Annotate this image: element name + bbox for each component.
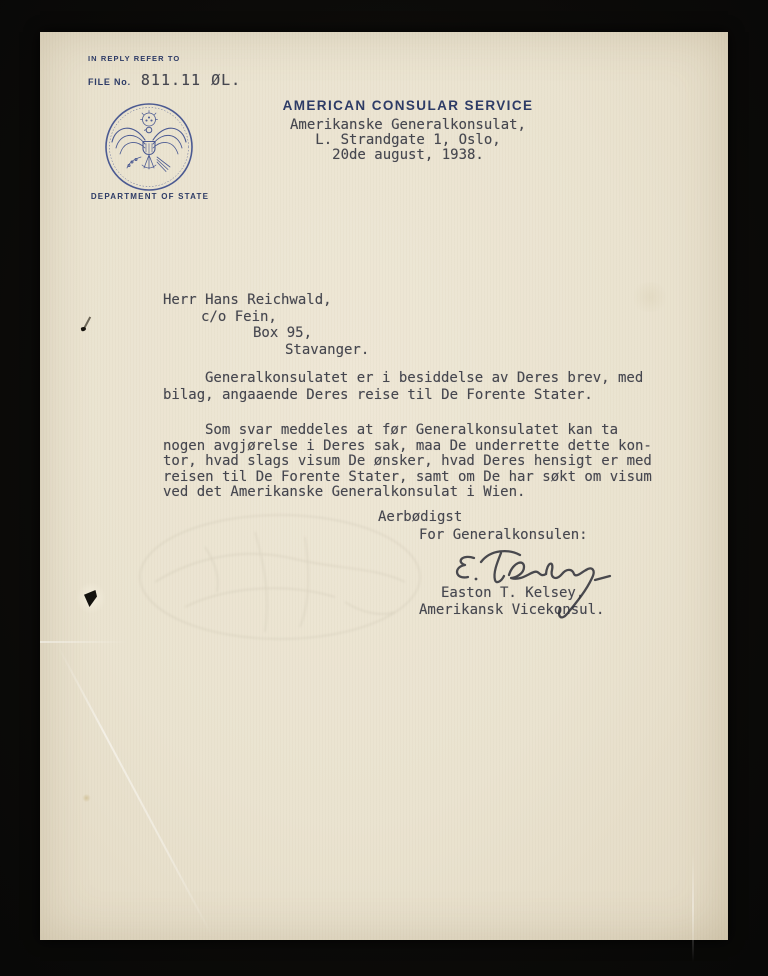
fold-crease-vertical [692,852,694,962]
body-line: bilag, angaaende Deres reise til De Fore… [163,387,683,404]
office-line: Amerikanske Generalkonsulat, [263,118,553,133]
tear-dot [81,326,87,331]
recipient-line: Stavanger. [285,342,369,359]
reference-block: IN REPLY REFER TO FILE No. 811.11 ØL. [88,54,241,89]
fold-crease-diagonal [56,644,214,938]
service-name: AMERICAN CONSULAR SERVICE [263,98,553,113]
embossed-impression-icon [95,487,445,677]
body-line: reisen til De Forente Stater, samt om De… [163,470,683,486]
recipient-line: c/o Fein, [201,309,369,326]
file-number-value: 811.11 ØL. [141,71,241,89]
file-number-row: FILE No. 811.11 ØL. [88,71,241,89]
body-line: nogen avgjørelse i Deres sak, maa De und… [163,439,683,455]
body-line: Generalkonsulatet er i besiddelse av Der… [163,370,683,387]
paper-stain [82,794,91,802]
recipient-line: Box 95, [253,325,369,342]
letter-page: IN REPLY REFER TO FILE No. 811.11 ØL. [40,32,728,940]
department-of-state-seal-icon [104,102,194,192]
signature-icon [443,540,618,645]
fold-crease-horizontal [40,641,128,643]
body-paragraph-1: Generalkonsulatet er i besiddelse av Der… [163,370,683,403]
paper-stain [630,282,670,312]
body-line: tor, hvad slags visum De ønsker, hvad De… [163,454,683,470]
recipient-line: Herr Hans Reichwald, [163,292,369,309]
punch-hole [80,586,102,612]
seal-caption: DEPARTMENT OF STATE [80,192,220,201]
recipient-address: Herr Hans Reichwald, c/o Fein, Box 95, S… [163,292,369,358]
body-line: Som svar meddeles at før Generalkonsulat… [163,423,683,439]
reply-refer-label: IN REPLY REFER TO [88,54,241,63]
scanned-letter-photo: { "letterhead": { "reply_label": "IN REP… [0,0,768,976]
street-line: L. Strandgate 1, Oslo, [263,133,553,148]
letterhead-header: AMERICAN CONSULAR SERVICE Amerikanske Ge… [263,98,553,163]
file-no-label: FILE No. [88,77,131,87]
paper-tear-mark [78,314,96,336]
office-lines: Amerikanske Generalkonsulat, L. Strandga… [263,118,553,163]
date-line: 20de august, 1938. [263,148,553,163]
